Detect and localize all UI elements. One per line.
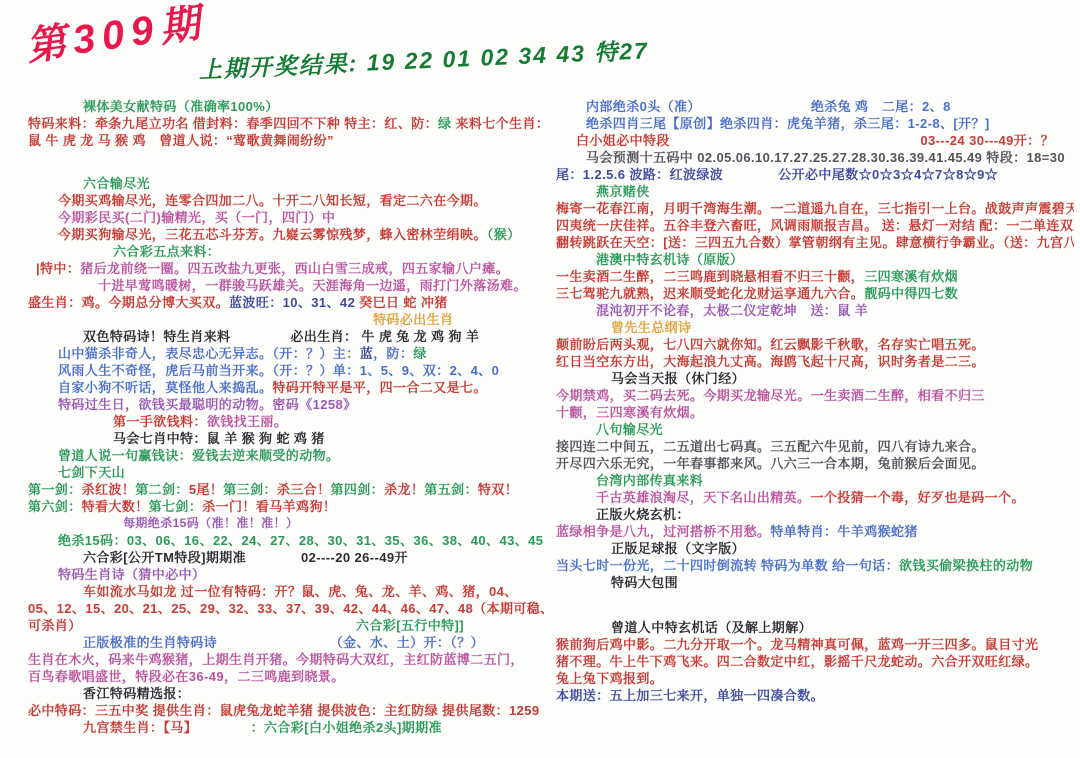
text-line: 山中猫杀非奇人，表尽忠心无异志。（开：？）主：蓝，防：绿 [28,345,544,362]
text-segment: ，防： [373,346,413,361]
text-segment: 第六剑： [28,499,82,514]
text-segment: 一生卖酒二生醉，二三鸣鹿到晓悬相看不归三十颧， [556,269,864,284]
text-segment: 正版足球报（文字版） [611,541,745,556]
text-segment: 绿 [438,116,451,131]
text-segment: 十颧，三四寒溪有炊烟。 [556,405,703,420]
text-segment: 开尽四六乐无究，一年春事都来风。八六三一合本期，兔前猴后会面见。 [556,456,985,471]
text-line: 可杀肖）六合彩[五行中特]] [28,617,544,634]
text-line: 六合彩五点来料： [28,243,544,260]
text-line: 裸体美女献特码（准确率100%） [28,98,544,115]
text-line: 绝杀四肖三尾【原创】绝杀四肖：虎兔羊猪，杀三尾：1-2-8、[开？] [556,115,1074,132]
text-segment: 白小姐必中特段 [576,132,670,149]
text-segment: 内部绝杀0头（准） [586,99,701,114]
text-line: 三七驾驼九就熟，迟来顺受蛇化龙财运享通九六合。靓码中得四七数 [556,285,1074,302]
text-segment: 蓝绿相争是八九，过河搭桥不用愁。 [556,524,770,539]
text-line: 鼠 牛 虎 龙 马 猴 鸡 曾道人说：“莺歌黄舞闹纷纷” [28,132,544,149]
text-segment: 今期彩民买(二门)输精光，买（一门，四门）中 [58,210,335,225]
text-segment: 六合彩五点来料： [113,244,220,259]
text-segment: 特单特肖：牛羊鸡猴蛇猪 [770,524,917,539]
text-line: 今期彩民买(二门)输精光，买（一门，四门）中 [28,209,544,226]
text-segment: 第三剑： [223,482,277,497]
text-segment: 梅寄一花春江南，月明千湾海生潮。一二道遥九自在，三七指引一上台。战鼓声声震碧天。 [556,201,1074,216]
text-segment: 特看大数！ [82,499,149,514]
text-segment: 八句输尽光 [596,422,663,437]
text-segment: 风雨人生不奇怪，虎后马前当开来。（开：？）单：1、5、9、双：2、4、0 [58,363,499,378]
text-segment: 六合彩[公开TM特段]期期准 [83,550,246,565]
text-line: 内部绝杀0头（准）绝杀兔 鸡 二尾：2、8 [556,98,1074,115]
text-segment: 看马羊鸡狗！ [256,499,336,514]
text-segment: 本期送：五上加三七来开，单独一四凑合数。 [556,688,824,703]
text-segment: 05、12、15、20、21、25、29、32、33、37、39、42、44、4… [28,601,544,616]
text-line: 接四连二中间五，二五道出七码真。三五配六牛见前，四八有诗九来合。 [556,438,1074,455]
text-line: 特码大包围 [556,574,1074,591]
text-segment: 当头七时一份光，二十四时倒流转 特码为单数 给一句话： [556,558,899,573]
text-segment: 猪不理。牛上牛下鸡飞来。四二合数定中红，影摇千尺龙蛇动。六合开双旺红绿。 [556,654,1038,669]
text-segment: 来料七个生肖： [451,116,544,131]
text-segment: 特码过生日，欲钱买最聪明的动物。密码《1258》 [58,397,357,412]
text-line: 车如流水马如龙 过一位有特码：开？鼠、虎、兔、龙、羊、鸡、猪，04、 [28,583,544,600]
text-segment: 蓝波旺：10、31、42 [229,295,355,310]
text-segment: 欲钱买偷梁换柱的动物 [899,558,1033,573]
text-line: 每期绝杀15码（准！准！准！） [28,515,544,532]
text-segment: 四夷统一庆佳祥。五谷丰登六畜旺，风调雨顺报吉昌。 送：悬灯一对结 配：一二单连双… [556,218,1074,233]
text-line: 八句输尽光 [556,421,1074,438]
text-line: 05、12、15、20、21、25、29、32、33、37、39、42、44、4… [28,600,544,617]
text-segment: 鼠 牛 虎 龙 马 猴 鸡 曾道人说：“莺歌黄舞闹纷纷” [28,133,334,148]
text-line: 梅寄一花春江南，月明千湾海生潮。一二道遥九自在，三七指引一上台。战鼓声声震碧天。 [556,200,1074,217]
text-line: 十进早莺鸣暖树，一群骏马跃雄关。天涯海角一边遥，雨打门外落汤难。 [28,277,544,294]
text-segment: 今期买狗输尽光，三花五芯斗芬芳。九嶷云雾惊残梦，蜂入密林茔绢映。 [58,227,487,242]
text-segment: 车如流水马如龙 过一位有特码：开？鼠、虎、兔、龙、羊、鸡、猪，04、 [83,584,518,599]
left-column: 裸体美女献特码（准确率100%）特码来料：牵条九尾立功名 借封料：春季四回不下种… [28,98,544,736]
text-segment: 山中猫杀非奇人，表尽忠心无异志。（开：？）主： [58,346,360,361]
text-segment: 5尾！ [189,482,223,497]
text-segment: 曾道人中特玄机话（及解上期解） [611,620,812,635]
text-segment: 杀红波！ [82,482,136,497]
text-segment: 猪后龙前绕一圈。四五改盐九更张，西山白雪三成戒，四五家输八户瘫。 [80,261,509,276]
text-segment: 第一剑： [28,482,82,497]
text-segment: 正版火烧玄机： [596,507,690,522]
text-segment: 曾先生总纲诗 [611,320,691,335]
text-line: 蓝绿相争是八九，过河搭桥不用愁。特单特肖：牛羊鸡猴蛇猪 [556,523,1074,540]
text-segment: 千古英雄浪淘尽，天下名山出精英。 [596,490,810,505]
text-segment: 三四寒溪有炊烟 [864,269,958,284]
text-segment: 盛生肖：鸡。今期总分博大买双。 [28,295,229,310]
text-segment: （金、水、土）开：（？） [330,634,484,651]
text-segment: 马会当天报（休门经） [611,371,745,386]
text-segment: 03---24 30---49开：？ [920,132,1054,149]
text-segment: 第四剑： [330,482,384,497]
text-segment: 生肖在木火，码来牛鸡猴猪，上期生肖开猪。今期特码大双红，主红防蓝博二五门， [28,652,524,667]
text-segment: 香江特码精选报： [83,686,190,701]
text-segment: 杀龙！ [384,482,424,497]
text-segment: 第五剑： [424,482,478,497]
text-segment: 曾道人说一句赢钱诀：爱钱去逆来顺受的动物。 [58,448,339,463]
text-segment: 公开必中尾数☆0☆3☆4☆7☆8☆9☆ [778,167,998,182]
text-segment: ：六合彩[白小姐绝杀2头]期期准 [251,720,442,735]
text-line: 正版极准的生肖特码诗（金、水、土）开：（？） [28,634,544,651]
text-line: 曾道人说一句赢钱诀：爱钱去逆来顺受的动物。 [28,447,544,464]
text-line: 本期送：五上加三七来开，单独一四凑合数。 [556,687,1074,704]
text-line: 六合彩[公开TM特段]期期准02----20 26--49开 [28,549,544,566]
text-line: 翻转跳跃在天空：[送：三四五九合数）掌管朝纲有主见。肆意横行争霸业。（送：九宫八… [556,234,1074,251]
right-column: 内部绝杀0头（准）绝杀兔 鸡 二尾：2、8绝杀四肖三尾【原创】绝杀四肖：虎兔羊猪… [556,98,1074,704]
text-segment: 特码必出生肖 [373,312,453,327]
text-line: 绝杀15码：03、06、16、22、24、27、28、30、31、35、36、3… [28,532,544,549]
text-line: 今期禁鸡，买二码去死。今期买龙输尽光。一生卖酒二生醉，相看不归三 [556,387,1074,404]
text-segment: 尾：1.2.5.6 波路：红波绿波 [556,167,723,182]
text-segment: 今期禁鸡，买二码去死。今期买龙输尽光。一生卖酒二生醉，相看不归三 [556,388,985,403]
text-line: 今期买鸡输尽光，连零合四加二八。十开二八知长短，看定二六在今期。 [28,192,544,209]
text-line: 双色特码诗！特生肖来料必出生肖： 牛 虎 兔 龙 鸡 狗 羊 [28,328,544,345]
text-segment: 十进早莺鸣暖树，一群骏马跃雄关。天涯海角一边遥，雨打门外落汤难。 [98,278,527,293]
text-line: 风雨人生不奇怪，虎后马前当开来。（开：？）单：1、5、9、双：2、4、0 [28,362,544,379]
text-line: 第一剑：杀红波！第二剑：5尾！第三剑：杀三合！第四剑：杀龙！第五剑：特双！ [28,481,544,498]
text-line: |特中：猪后龙前绕一圈。四五改盐九更张，西山白雪三成戒，四五家输八户瘫。 [28,260,544,277]
text-segment: 翻转跳跃在天空：[送：三四五九合数）掌管朝纲有主见。肆意横行争霸业。（送：九宫八… [556,235,1074,250]
text-segment: 蓝 [360,346,373,361]
text-segment: 特码来料：牵条九尾立功名 借封料：春季四回不下种 特主：红、防： [28,116,438,131]
text-line: 开尽四六乐无究，一年春事都来风。八六三一合本期，兔前猴后会面见。 [556,455,1074,472]
text-segment: 裸体美女献特码（准确率100%） [83,99,279,114]
text-line: 猴前狗后鸡中影。二九分开取一个。龙马精神真可佩，蓝鸡一开三四多。鼠目寸光 [556,636,1074,653]
text-line: 七剑下天山 [28,464,544,481]
text-segment: 欲钱找王丽。 [207,414,287,429]
text-line: 生肖在木火，码来牛鸡猴猪，上期生肖开猪。今期特码大双红，主红防蓝博二五门， [28,651,544,668]
text-segment: 马会预测十五码中 02.05.06.10.17.27.25.27.28.30.3… [586,150,986,165]
text-segment: 第一手欲钱料： [113,414,207,429]
text-line: 特码来料：牵条九尾立功名 借封料：春季四回不下种 特主：红、防：绿 来料七个生肖… [28,115,544,132]
text-segment: 红日当空东方出，大海起浪九丈高。海鸥飞起十尺高，识时务者是二三。 [556,354,985,369]
text-line: 曾道人中特玄机话（及解上期解） [556,619,1074,636]
text-segment: 今期买鸡输尽光，连零合四加二八。十开二八知长短，看定二六在今期。 [58,193,487,208]
text-segment: 九宫禁生肖：【马】 [83,720,191,735]
text-segment: 第七剑： [149,499,203,514]
text-segment: 每期绝杀15码（准！准！准！） [123,516,298,530]
text-segment: |特中： [36,261,80,276]
text-segment: 绝杀四肖三尾【原创】绝杀四肖：虎兔羊猪，杀三尾：1-2-8、[开？] [586,116,990,131]
text-line: 台湾内部传真来料 [556,472,1074,489]
text-line: 千古英雄浪淘尽，天下名山出精英。一个投猜一个毒，好歹也是码一个。 [556,489,1074,506]
text-line: 特码过生日，欲钱买最聪明的动物。密码《1258》 [28,396,544,413]
text-line: 必中特码：三五中奖 提供生肖：鼠虎兔龙蛇羊猪 提供波色：主红防绿 提供尾数：12… [28,702,544,719]
text-line: 正版火烧玄机： [556,506,1074,523]
text-segment: 特双！ [478,482,518,497]
text-segment: 可杀肖） [28,617,82,634]
text-line: 四夷统一庆佳祥。五谷丰登六畜旺，风调雨顺报吉昌。 送：悬灯一对结 配：一二单连双… [556,217,1074,234]
text-line: 燕京赌侠 [556,183,1074,200]
text-line: 六合输尽光 [28,175,544,192]
text-segment: 绿 [413,346,426,361]
text-segment: 七剑下天山 [58,465,125,480]
text-segment: 杀一门！ [202,499,256,514]
text-segment: 六合输尽光 [83,176,150,191]
text-segment: 杀三合！ [277,482,331,497]
text-segment: 三七驾驼九就熟，迟来顺受蛇化龙财运享通九六合。 [556,286,864,301]
text-line: 第一手欲钱料：欲钱找王丽。 [28,413,544,430]
text-line: 尾：1.2.5.6 波路：红波绿波公开必中尾数☆0☆3☆4☆7☆8☆9☆ [556,166,1074,183]
lottery-tipsheet-page: 第309期 上期开奖结果: 19 22 01 02 34 43 特27 裸体美女… [0,0,1080,758]
text-segment: 癸巳日 蛇 冲猪 [355,295,447,310]
text-segment: 第二剑： [135,482,189,497]
text-line: 十颧，三四寒溪有炊烟。 [556,404,1074,421]
text-line: 香江特码精选报： [28,685,544,702]
text-segment: 自家小狗不听话，莫怪他人来捣乱。 [58,380,272,395]
text-segment: 燕京赌侠 [596,184,650,199]
text-segment: 混沌初开不论春，太极二仪定乾坤 送：鼠 羊 [596,303,868,318]
text-segment: 02----20 26--49开 [301,550,408,565]
text-segment: 特码大包围 [611,575,678,590]
text-line: 特码必出生肖 [28,311,544,328]
text-segment: 绝杀15码：03、06、16、22、24、27、28、30、31、35、36、3… [58,533,543,548]
text-line: 马会当天报（休门经） [556,370,1074,387]
text-line: 混沌初开不论春，太极二仪定乾坤 送：鼠 羊 [556,302,1074,319]
text-segment: 马会七肖中特：鼠 羊 猴 狗 蛇 鸡 猪 [113,431,325,446]
text-line: 猪不理。牛上牛下鸡飞来。四二合数定中红，影摇千尺龙蛇动。六合开双旺红绿。 [556,653,1074,670]
text-line: 第六剑：特看大数！第七剑：杀一门！看马羊鸡狗！ [28,498,544,515]
issue-number: 第309期 [22,0,210,72]
text-line: 曾先生总纲诗 [556,319,1074,336]
text-segment: 特码开特平是平，四一合二又是七。 [272,380,486,395]
text-segment: 正版极准的生肖特码诗 [83,634,217,651]
text-line: 港澳中特玄机诗（原版） [556,251,1074,268]
text-line: 盛生肖：鸡。今期总分博大买双。蓝波旺：10、31、42 癸巳日 蛇 冲猪 [28,294,544,311]
text-line: 特码生肖诗（猜中必中） [28,566,544,583]
text-segment: 兔上兔下鸡报到。 [556,671,663,686]
text-segment: 特码生肖诗（猜中必中） [58,567,205,582]
text-segment: 台湾内部传真来料 [596,473,703,488]
text-segment: 绝杀兔 鸡 二尾：2、8 [811,99,951,114]
text-segment: 接四连二中间五，二五道出七码真。三五配六牛见前，四八有诗九来合。 [556,439,985,454]
text-line: 九宫禁生肖：【马】：六合彩[白小姐绝杀2头]期期准 [28,719,544,736]
text-segment: （猴） [487,227,521,242]
text-segment: 一个投猜一个毒，好歹也是码一个。 [810,490,1024,505]
text-segment: 必出生肖： 牛 虎 兔 龙 鸡 狗 羊 [290,329,479,344]
text-line: 百鸟春歌唱盛世，特段必在36-49，二三鸣鹿到晓景。 [28,668,544,685]
text-line: 一生卖酒二生醉，二三鸣鹿到晓悬相看不归三十颧，三四寒溪有炊烟 [556,268,1074,285]
text-line: 今期买狗输尽光，三花五芯斗芬芳。九嶷云雾惊残梦，蜂入密林茔绢映。（猴） [28,226,544,243]
text-line: 自家小狗不听话，莫怪他人来捣乱。特码开特平是平，四一合二又是七。 [28,379,544,396]
text-line: 红日当空东方出，大海起浪九丈高。海鸥飞起十尺高，识时务者是二三。 [556,353,1074,370]
text-segment: 双色特码诗！特生肖来料 [83,329,230,344]
text-segment: 靓码中得四七数 [864,286,958,301]
text-line: 马会预测十五码中 02.05.06.10.17.27.25.27.28.30.3… [556,149,1074,166]
text-segment: 特段：18=30 [986,150,1065,165]
text-segment: 港澳中特玄机诗（原版） [596,252,743,267]
text-line: 正版足球报（文字版） [556,540,1074,557]
text-segment: 颠前盼后两头观，七八四六就你知。红云飘影千秋歌，名存实亡唱五死。 [556,337,985,352]
text-line: 白小姐必中特段03---24 30---49开：？ [556,132,1074,149]
text-segment: 六合彩[五行中特]] [356,617,464,634]
last-draw-result: 上期开奖结果: 19 22 01 02 34 43 特27 [198,32,649,85]
text-segment: 百鸟春歌唱盛世，特段必在36-49，二三鸣鹿到晓景。 [28,669,345,684]
text-line: 兔上兔下鸡报到。 [556,670,1074,687]
text-segment: 必中特码：三五中奖 提供生肖：鼠虎兔龙蛇羊猪 提供波色：主红防绿 提供尾数：12… [28,703,540,718]
text-segment: 猴前狗后鸡中影。二九分开取一个。龙马精神真可佩，蓝鸡一开三四多。鼠目寸光 [556,637,1038,652]
text-line: 当头七时一份光，二十四时倒流转 特码为单数 给一句话：欲钱买偷梁换柱的动物 [556,557,1074,574]
text-line: 马会七肖中特：鼠 羊 猴 狗 蛇 鸡 猪 [28,430,544,447]
text-line: 颠前盼后两头观，七八四六就你知。红云飘影千秋歌，名存实亡唱五死。 [556,336,1074,353]
